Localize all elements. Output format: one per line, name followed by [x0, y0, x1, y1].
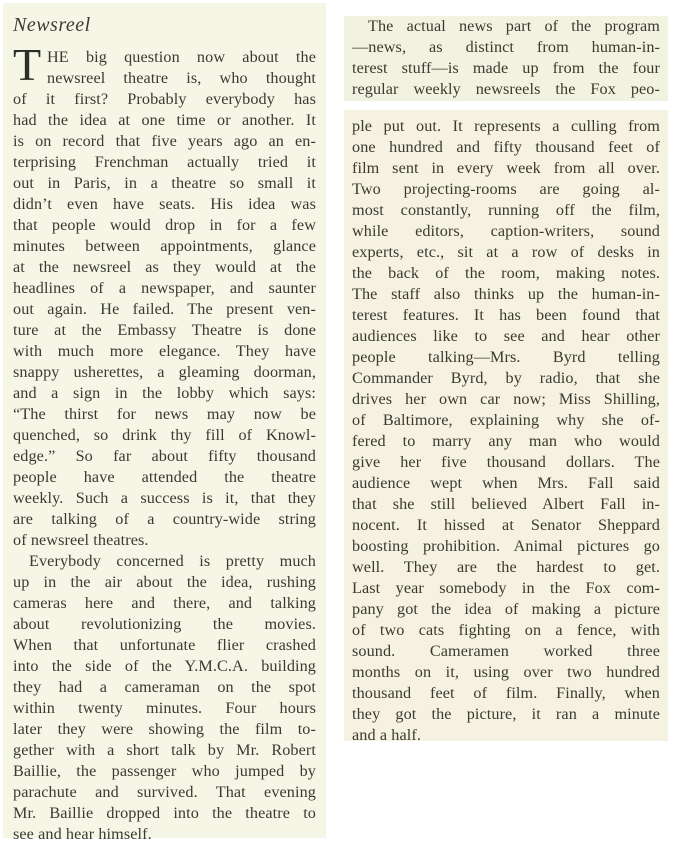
- text-line: had the idea at one time or another. It: [13, 110, 316, 131]
- text-line: well. They are the hardest to get.: [352, 557, 660, 578]
- text-line: about revolutionizing the movies.: [13, 614, 316, 635]
- text-line: are talking of a country-wide string: [13, 509, 316, 530]
- text-line: The staff also thinks up the human-in-: [352, 284, 660, 305]
- text-line: Commander Byrd, by radio, that she: [352, 368, 660, 389]
- text-line: audiences like to see and hear other: [352, 326, 660, 347]
- text-line: boosting prohibition. Animal pictures go: [352, 536, 660, 557]
- text-line: thousand feet of film. Finally, when: [352, 683, 660, 704]
- text-line: drives her own car now; Miss Shilling,: [352, 389, 660, 410]
- text-line: of it first? Probably everybody has: [13, 89, 316, 110]
- text-line: fered to marry any man who would: [352, 431, 660, 452]
- text-line: see and hear himself.: [13, 824, 316, 845]
- text-line: terprising Frenchman actually tried it: [13, 152, 316, 173]
- text-line: When that unfortunate flier crashed: [13, 635, 316, 656]
- text-line: ture at the Embassy Theatre is done: [13, 320, 316, 341]
- paragraph-1: HE big question now about the newsreel t…: [13, 47, 316, 551]
- text-line: and a sign in the lobby which says:: [13, 383, 316, 404]
- paragraph-2: Everybody concerned is pretty much up in…: [13, 551, 316, 845]
- text-line: they got the picture, it ran a minute: [352, 704, 660, 725]
- text-line: people talking—Mrs. Byrd telling: [352, 347, 660, 368]
- paragraph-3-start: The actual news part of the program —new…: [352, 16, 660, 100]
- text-line: parachute and survived. That evening: [13, 782, 316, 803]
- text-line: with much more elegance. They have: [13, 341, 316, 362]
- text-line: newsreel theatre is, who thought: [13, 68, 316, 89]
- text-line: The actual news part of the program: [352, 16, 660, 37]
- text-line: people have attended the theatre: [13, 467, 316, 488]
- text-line: film sent in every week from all over.: [352, 158, 660, 179]
- text-line: pany got the idea of making a picture: [352, 599, 660, 620]
- text-line: they had a cameraman on the spot: [13, 677, 316, 698]
- text-line: ple put out. It represents a culling fro…: [352, 116, 660, 137]
- text-line: weekly. Such a success is it, that they: [13, 488, 316, 509]
- text-line: Everybody concerned is pretty much: [13, 551, 316, 572]
- text-line: sound. Cameramen worked three: [352, 641, 660, 662]
- text-line: Two projecting-rooms are going al-: [352, 179, 660, 200]
- text-line: nocent. It hissed at Senator Sheppard: [352, 515, 660, 536]
- text-line: of newsreel theatres.: [13, 530, 316, 551]
- text-line: later they were showing the film to-: [13, 719, 316, 740]
- text-line: gether with a short talk by Mr. Robert: [13, 740, 316, 761]
- text-line: into the side of the Y.M.C.A. building: [13, 656, 316, 677]
- text-line: didn’t even have seats. His idea was: [13, 194, 316, 215]
- text-line: and a half.: [352, 725, 660, 746]
- text-line: out in Paris, in a theatre so small it: [13, 173, 316, 194]
- text-line: give her five thousand dollars. The: [352, 452, 660, 473]
- text-line: months on it, using over two hundred: [352, 662, 660, 683]
- text-line: quenched, so drink thy fill of Knowl-: [13, 425, 316, 446]
- paragraph-3-continued: ple put out. It represents a culling fro…: [352, 110, 660, 746]
- text-line: of two cats fighting on a fence, with: [352, 620, 660, 641]
- text-line: HE big question now about the: [13, 47, 316, 68]
- text-line: at the newsreel as they would at the: [13, 257, 316, 278]
- text-line: snappy usherettes, a gleaming doorman,: [13, 362, 316, 383]
- left-column-clipping: Newsreel T HE big question now about the…: [3, 3, 326, 838]
- text-line: that people would drop in for a few: [13, 215, 316, 236]
- text-line: audience wept when Mrs. Fall said: [352, 473, 660, 494]
- text-line: Mr. Baillie dropped into the theatre to: [13, 803, 316, 824]
- text-line: “The thirst for news may now be: [13, 404, 316, 425]
- text-line: up in the air about the idea, rushing: [13, 572, 316, 593]
- text-line: minutes between appointments, glance: [13, 236, 316, 257]
- text-line: out again. He failed. The present ven-: [13, 299, 316, 320]
- text-line: within twenty minutes. Four hours: [13, 698, 316, 719]
- text-line: the back of the room, making notes.: [352, 263, 660, 284]
- text-line: —news, as distinct from human-in-: [352, 37, 660, 58]
- text-line: Baillie, the passenger who jumped by: [13, 761, 316, 782]
- text-line: while editors, caption-writers, sound: [352, 221, 660, 242]
- text-line: edge.” So far about fifty thousand: [13, 446, 316, 467]
- text-line: regular weekly newsreels the Fox peo-: [352, 79, 660, 100]
- text-line: cameras here and there, and talking: [13, 593, 316, 614]
- text-line: of Baltimore, explaining why she of-: [352, 410, 660, 431]
- text-line: headlines of a newspaper, and saunter: [13, 278, 316, 299]
- text-line: that she still believed Albert Fall in-: [352, 494, 660, 515]
- text-line: one hundred and fifty thousand feet of: [352, 137, 660, 158]
- section-title: Newsreel: [13, 13, 316, 37]
- right-top-clipping: The actual news part of the program —new…: [344, 16, 668, 101]
- text-line: is on record that five years ago an en-: [13, 131, 316, 152]
- right-bottom-clipping: ple put out. It represents a culling fro…: [344, 110, 668, 741]
- text-line: most constantly, running off the film,: [352, 200, 660, 221]
- text-line: terest features. It has been found that: [352, 305, 660, 326]
- text-line: Last year somebody in the Fox com-: [352, 578, 660, 599]
- text-line: experts, etc., sit at a row of desks in: [352, 242, 660, 263]
- text-line: terest stuff—is made up from the four: [352, 58, 660, 79]
